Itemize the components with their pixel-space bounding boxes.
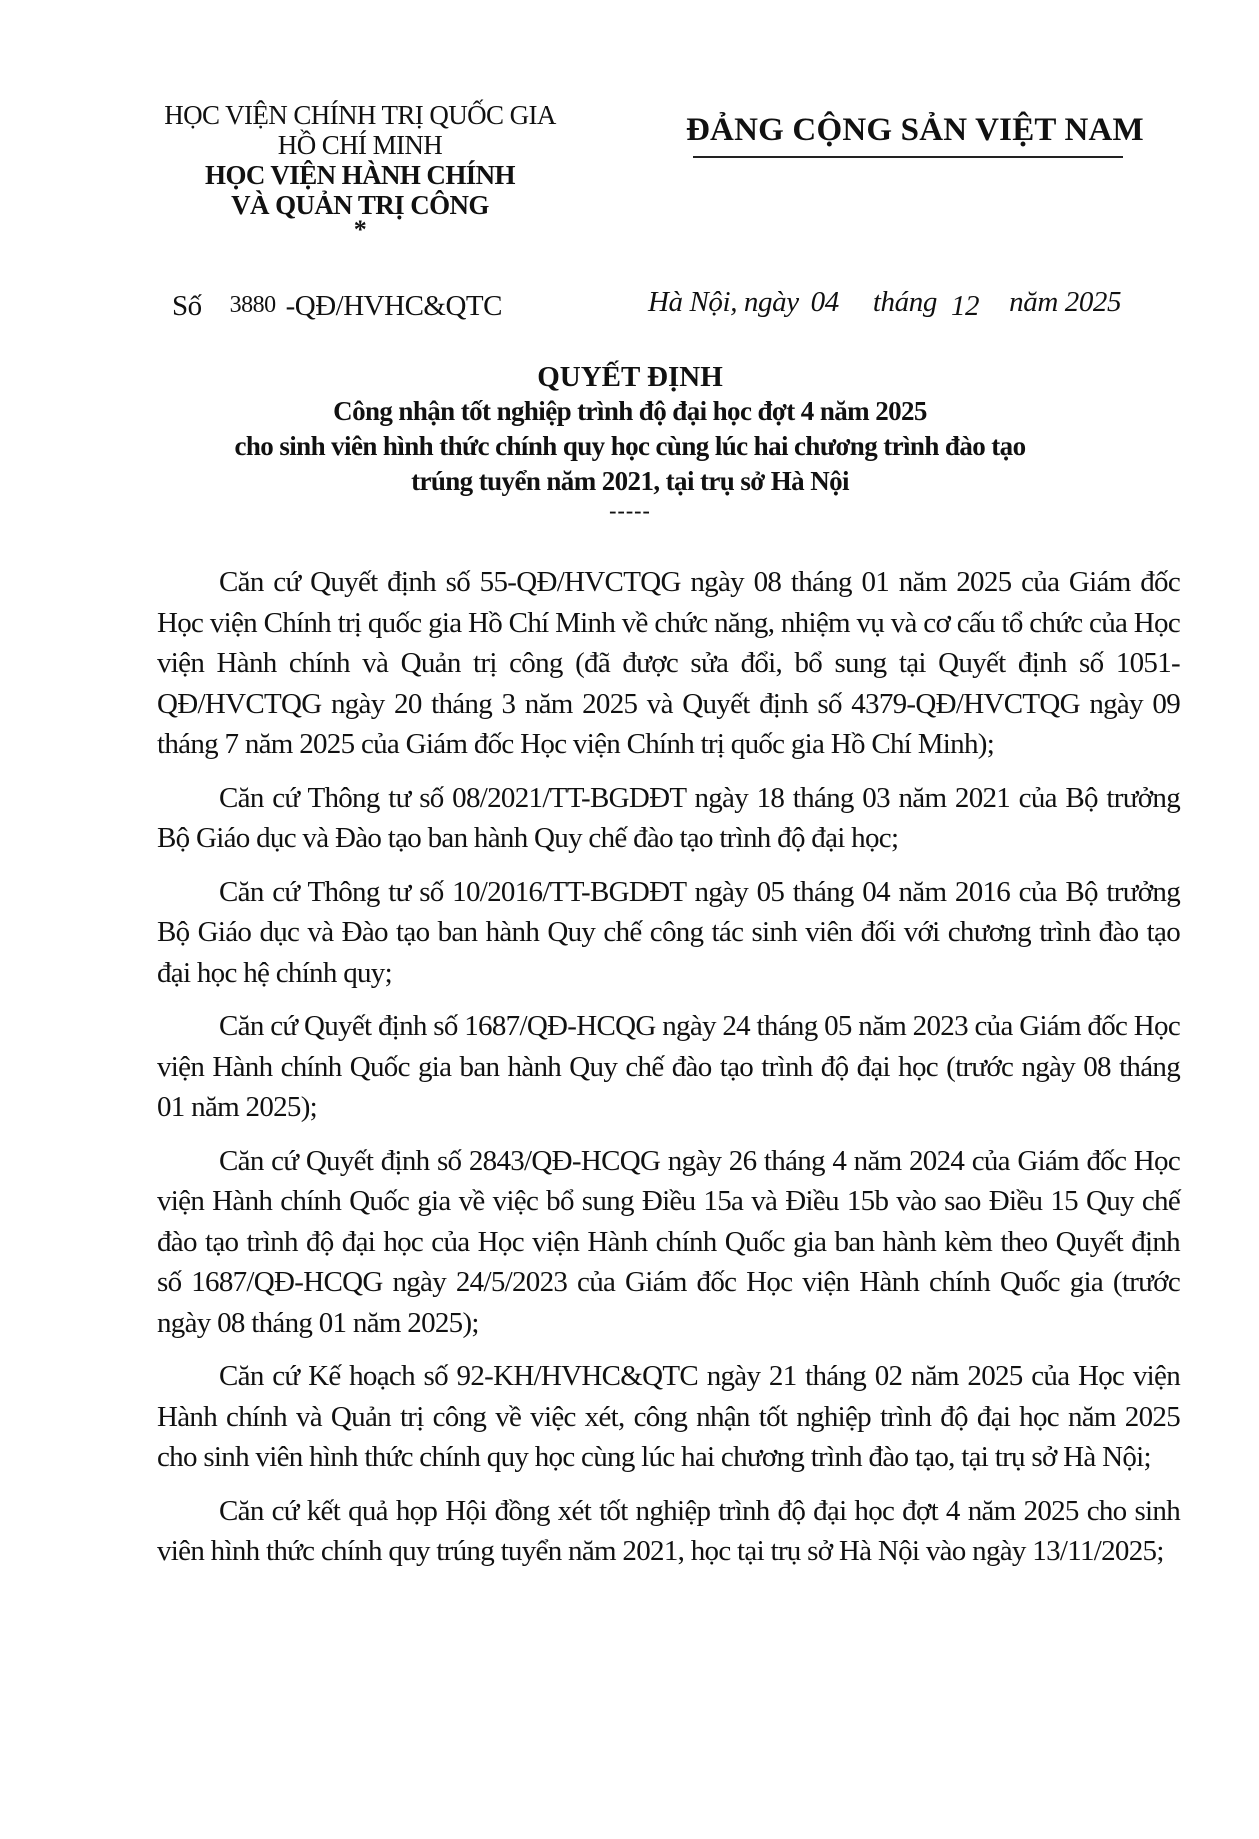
legal-basis-section: Căn cứ Quyết định số 55-QĐ/HVCTQG ngày 0… bbox=[157, 562, 1180, 1585]
basis-paragraph: Căn cứ Thông tư số 08/2021/TT-BGDĐT ngày… bbox=[157, 778, 1180, 859]
basis-paragraph: Căn cứ Quyết định số 1687/QĐ-HCQG ngày 2… bbox=[157, 1006, 1180, 1128]
parent-org-line1: HỌC VIỆN CHÍNH TRỊ QUỐC GIA bbox=[140, 100, 580, 130]
party-name: ĐẢNG CỘNG SẢN VIỆT NAM bbox=[686, 112, 1144, 149]
basis-paragraph: Căn cứ Quyết định số 2843/QĐ-HCQG ngày 2… bbox=[157, 1141, 1180, 1344]
issue-date: Hà Nội, ngày04tháng12năm 2025 bbox=[648, 286, 1121, 319]
basis-paragraph: Căn cứ kết quả họp Hội đồng xét tốt nghi… bbox=[157, 1491, 1180, 1572]
date-year: năm 2025 bbox=[1009, 286, 1121, 318]
decision-heading: QUYẾT ĐỊNH bbox=[130, 360, 1130, 394]
basis-paragraph: Căn cứ Quyết định số 55-QĐ/HVCTQG ngày 0… bbox=[157, 562, 1180, 765]
decision-subtitle-line2: cho sinh viên hình thức chính quy học cù… bbox=[130, 429, 1130, 464]
decision-subtitle-line3: trúng tuyển năm 2021, tại trụ sở Hà Nội bbox=[130, 464, 1130, 499]
date-month-label: tháng bbox=[873, 286, 937, 318]
org-name-line1: HỌC VIỆN HÀNH CHÍNH bbox=[140, 160, 580, 190]
decision-title: QUYẾT ĐỊNH Công nhận tốt nghiệp trình độ… bbox=[130, 360, 1130, 523]
decision-subtitle-line1: Công nhận tốt nghiệp trình độ đại học đợ… bbox=[130, 394, 1130, 429]
doc-number-value: 3880 bbox=[230, 292, 276, 318]
issuing-organization: HỌC VIỆN CHÍNH TRỊ QUỐC GIA HỒ CHÍ MINH … bbox=[140, 100, 580, 240]
party-underline bbox=[693, 156, 1123, 158]
star-divider: * bbox=[140, 220, 580, 240]
date-day: 04 bbox=[811, 286, 839, 318]
date-month: 12 bbox=[951, 290, 979, 322]
date-place: Hà Nội, ngày bbox=[648, 286, 799, 318]
parent-org-line2: HỒ CHÍ MINH bbox=[140, 130, 580, 160]
doc-number-suffix: -QĐ/HVHC&QTC bbox=[286, 290, 502, 322]
basis-paragraph: Căn cứ Kế hoạch số 92-KH/HVHC&QTC ngày 2… bbox=[157, 1356, 1180, 1478]
document-number: Số3880-QĐ/HVHC&QTC bbox=[172, 290, 502, 323]
title-separator: ----- bbox=[130, 499, 1130, 523]
basis-paragraph: Căn cứ Thông tư số 10/2016/TT-BGDĐT ngày… bbox=[157, 872, 1180, 994]
doc-number-prefix: Số bbox=[172, 290, 202, 322]
